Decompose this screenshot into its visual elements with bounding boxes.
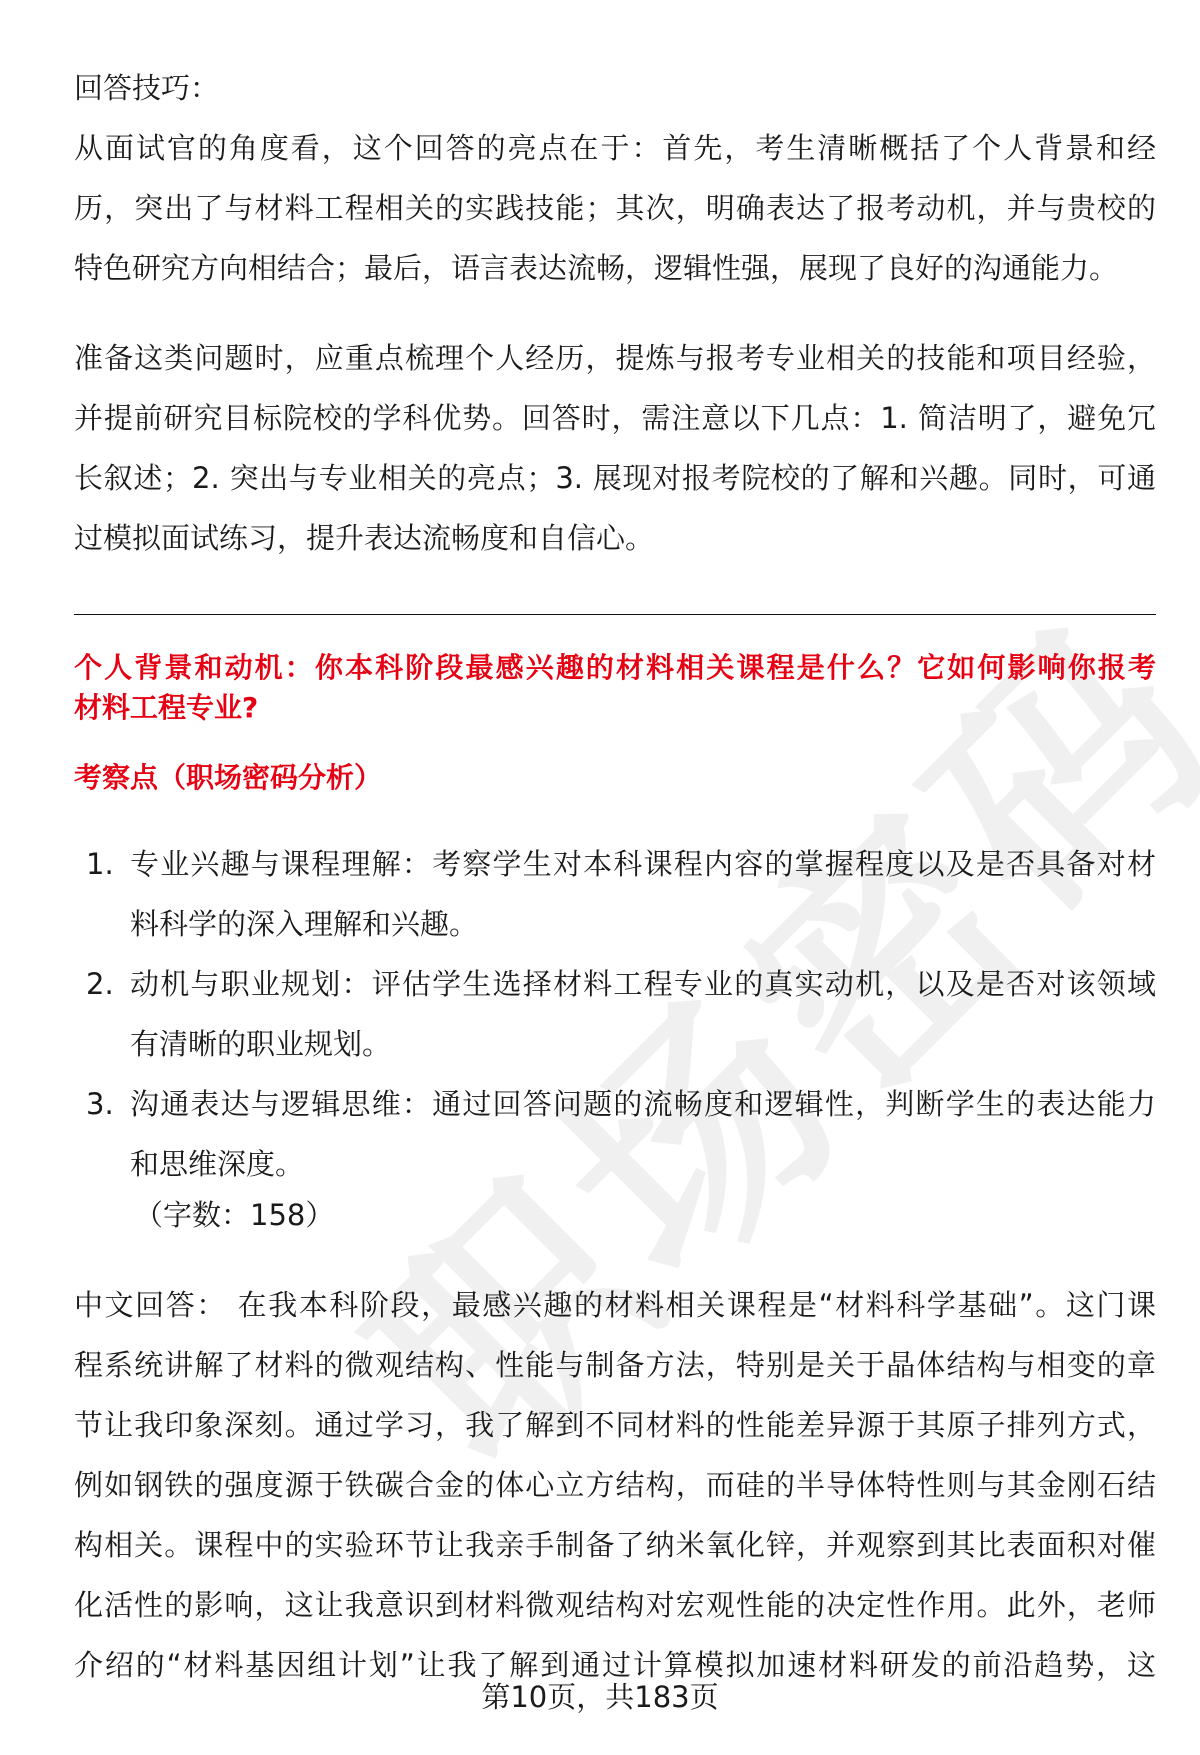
analysis-heading: 考察点（职场密码分析） [74, 758, 1156, 798]
list-item-line: 料科学的深入理解和兴趣。 [130, 894, 1156, 954]
list-item-line: 专业兴趣与课程理解：考察学生对本科课程内容的掌握程度以及是否具备对材 [130, 834, 1156, 894]
answer-line: 中文回答： 在我本科阶段，最感兴趣的材料相关课程是“材料科学基础”。这门课 [74, 1275, 1156, 1335]
list-item-line: 沟通表达与逻辑思维：通过回答问题的流畅度和逻辑性，判断学生的表达能力 [130, 1074, 1156, 1134]
word-count: （字数：158） [134, 1185, 334, 1245]
paragraph-line: 准备这类问题时，应重点梳理个人经历，提炼与报考专业相关的技能和项目经验， [74, 328, 1156, 388]
list-item: 3. 沟通表达与逻辑思维：通过回答问题的流畅度和逻辑性，判断学生的表达能力 和思… [74, 1074, 1156, 1194]
list-item: 1. 专业兴趣与课程理解：考察学生对本科课程内容的掌握程度以及是否具备对材 料科… [74, 834, 1156, 954]
paragraph-line: 从面试官的角度看，这个回答的亮点在于：首先，考生清晰概括了个人背景和经 [74, 118, 1156, 178]
analysis-heading-text: 考察点（职场密码分析） [74, 758, 1156, 798]
answer-line: 构相关。课程中的实验环节让我亲手制备了纳米氧化锌，并观察到其比表面积对催 [74, 1515, 1156, 1575]
question-title: 个人背景和动机：你本科阶段最感兴趣的材料相关课程是什么？它如何影响你报考 材料工… [74, 648, 1156, 728]
chinese-answer-paragraph: 中文回答： 在我本科阶段，最感兴趣的材料相关课程是“材料科学基础”。这门课 程系… [74, 1275, 1156, 1695]
list-item-number: 2. [86, 954, 114, 1014]
section-divider [74, 614, 1156, 615]
list-item-number: 3. [86, 1074, 114, 1134]
paragraph-line: 长叙述；2. 突出与专业相关的亮点；3. 展现对报考院校的了解和兴趣。同时，可通 [74, 448, 1156, 508]
answer-line: 化活性的影响，这让我意识到材料微观结构对宏观性能的决定性作用。此外，老师 [74, 1575, 1156, 1635]
list-item-line: 动机与职业规划：评估学生选择材料工程专业的真实动机，以及是否对该领域 [130, 954, 1156, 1014]
tips-paragraph-2: 准备这类问题时，应重点梳理个人经历，提炼与报考专业相关的技能和项目经验， 并提前… [74, 328, 1156, 568]
list-item-line: 有清晰的职业规划。 [130, 1014, 1156, 1074]
answer-tips-label: 回答技巧： [74, 58, 1156, 118]
list-item-number: 1. [86, 834, 114, 894]
answer-line: 程系统讲解了材料的微观结构、性能与制备方法，特别是关于晶体结构与相变的章 [74, 1335, 1156, 1395]
analysis-list: 1. 专业兴趣与课程理解：考察学生对本科课程内容的掌握程度以及是否具备对材 料科… [74, 834, 1156, 1194]
answer-line: 例如钢铁的强度源于铁碳合金的体心立方结构，而硅的半导体特性则与其金刚石结 [74, 1455, 1156, 1515]
tips-paragraph-1: 从面试官的角度看，这个回答的亮点在于：首先，考生清晰概括了个人背景和经 历，突出… [74, 118, 1156, 298]
list-item: 2. 动机与职业规划：评估学生选择材料工程专业的真实动机，以及是否对该领域 有清… [74, 954, 1156, 1074]
paragraph-line: 过模拟面试练习，提升表达流畅度和自信心。 [74, 508, 1156, 568]
answer-tips-label-block: 回答技巧： [74, 58, 1156, 118]
page-footer: 第10页，共183页 [0, 1677, 1200, 1717]
answer-line: 节让我印象深刻。通过学习，我了解到不同材料的性能差异源于其原子排列方式， [74, 1395, 1156, 1455]
paragraph-line: 并提前研究目标院校的学科优势。回答时，需注意以下几点：1. 简洁明了，避免冗 [74, 388, 1156, 448]
document-page: 职场密码 回答技巧： 从面试官的角度看，这个回答的亮点在于：首先，考生清晰概括了… [0, 0, 1200, 1755]
paragraph-line: 历，突出了与材料工程相关的实践技能；其次，明确表达了报考动机，并与贵校的 [74, 178, 1156, 238]
paragraph-line: 特色研究方向相结合；最后，语言表达流畅，逻辑性强，展现了良好的沟通能力。 [74, 238, 1156, 298]
question-title-line: 材料工程专业? [74, 688, 1156, 728]
question-title-line: 个人背景和动机：你本科阶段最感兴趣的材料相关课程是什么？它如何影响你报考 [74, 648, 1156, 688]
